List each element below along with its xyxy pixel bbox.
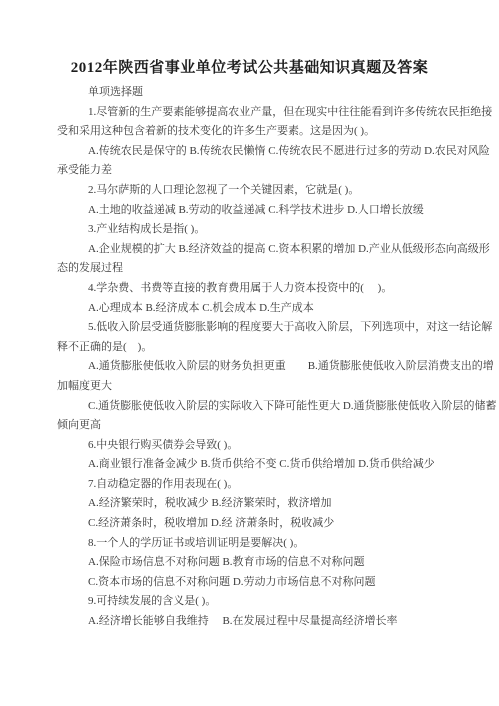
text-line: 4.学杂费、书费等直接的教育费用属于人力资本投资中的( )。 bbox=[57, 279, 485, 299]
text-line: A.经济繁荣时，税收减少 B.经济繁荣时，救济增加 bbox=[57, 494, 485, 514]
section-heading: 单项选择题 bbox=[57, 83, 485, 103]
text-line: A.传统农民是保守的 B.传统农民懒惰 C.传统农民不愿进行过多的劳动 D.农民… bbox=[57, 142, 485, 162]
text-line: 1.尽管新的生产要素能够提高农业产量，但在现实中往往能看到许多传统农民拒绝接 bbox=[57, 103, 485, 123]
text-line: A.保险市场信息不对称问题 B.教育市场的信息不对称问题 bbox=[57, 553, 485, 573]
text-line: 9.可持续发展的含义是( )。 bbox=[57, 592, 485, 612]
text-line: C.经济萧条时，税收增加 D.经 济萧条时，税收减少 bbox=[57, 514, 485, 534]
text-line: 倾向更高 bbox=[57, 416, 485, 436]
text-line: A.企业规模的扩大 B.经济效益的提高 C.资本积累的增加 D.产业从低级形态向… bbox=[57, 240, 485, 260]
text-line: A.商业银行准备金减少 B.货币供给不变 C.货币供给增加 D.货币供给减少 bbox=[57, 455, 485, 475]
text-line: 承受能力差 bbox=[57, 161, 485, 181]
text-line: 态的发展过程 bbox=[57, 259, 485, 279]
text-line: 加幅度更大 bbox=[57, 377, 485, 397]
text-line: 7.自动稳定器的作用表现在( )。 bbox=[57, 475, 485, 495]
document-page: 2012年陕西省事业单位考试公共基础知识真题及答案 单项选择题 1.尽管新的生产… bbox=[0, 0, 499, 706]
text-line: 受和采用这种包含着新的技术变化的许多生产要素。这是因为( )。 bbox=[57, 122, 485, 142]
text-line: 释不正确的是( )。 bbox=[57, 338, 485, 358]
text-line: C.通货膨胀使低收入阶层的实际收入下降可能性更大 D.通货膨胀使低收入阶层的储蓄 bbox=[57, 397, 485, 417]
text-line: 6.中央银行购买债券会导致( )。 bbox=[57, 436, 485, 456]
text-line: A.土地的收益递减 B.劳动的收益递减 C.科学技术进步 D.人口增长放缓 bbox=[57, 201, 485, 221]
document-body: 单项选择题 1.尽管新的生产要素能够提高农业产量，但在现实中往往能看到许多传统农… bbox=[0, 83, 499, 632]
text-line: A.通货膨胀使低收入阶层的财务负担更重 B.通货膨胀使低收入阶层消费支出的增 bbox=[57, 357, 485, 377]
text-line: 8.一个人的学历证书或培训证明是要解决( )。 bbox=[57, 534, 485, 554]
text-line: 2.马尔萨斯的人口理论忽视了一个关键因素，它就是( )。 bbox=[57, 181, 485, 201]
text-line: 3.产业结构成长是指( )。 bbox=[57, 220, 485, 240]
text-line: A.经济增长能够自我维持 B.在发展过程中尽量提高经济增长率 bbox=[57, 612, 485, 632]
text-line: A.心理成本 B.经济成本 C.机会成本 D.生产成本 bbox=[57, 299, 485, 319]
document-title: 2012年陕西省事业单位考试公共基础知识真题及答案 bbox=[0, 57, 499, 79]
text-line: 5.低收入阶层受通货膨胀影响的程度要大于高收入阶层，下列选项中，对这一结论解 bbox=[57, 318, 485, 338]
text-line: C.资本市场的信息不对称问题 D.劳动力市场信息不对称问题 bbox=[57, 573, 485, 593]
